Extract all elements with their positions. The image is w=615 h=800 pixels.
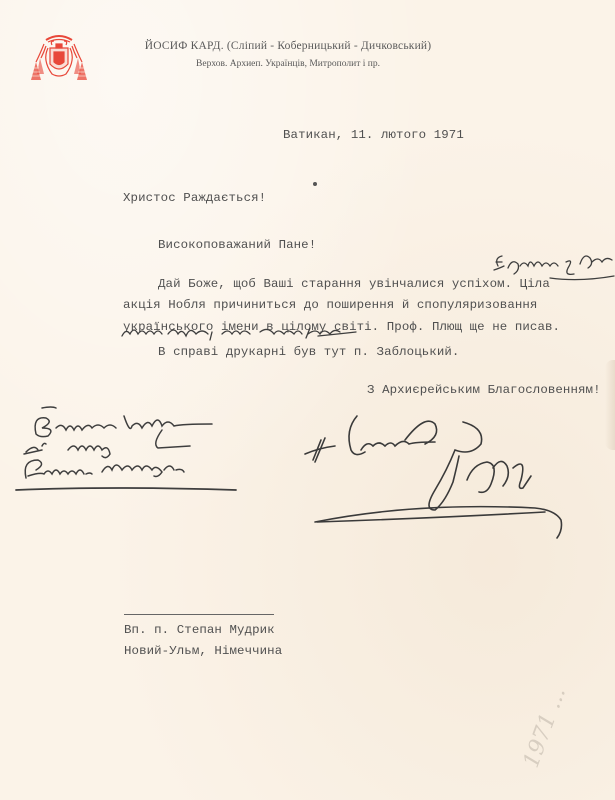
- body-line-1: Дай Боже, щоб Ваші старання увінчалися у…: [158, 277, 550, 291]
- letterhead: ЙОСИФ КАРД. (Сліпий - Коберницький - Дич…: [128, 40, 448, 69]
- body-line-4: В справі друкарні був тут п. Заблоцький.: [158, 345, 459, 359]
- place-date: Ватикан, 11. лютого 1971: [283, 128, 464, 142]
- signature-rule: [124, 614, 274, 615]
- salutation: Високоповажаний Пане!: [158, 238, 316, 252]
- ink-dot: [313, 182, 317, 186]
- left-handwritten-note: [12, 404, 252, 500]
- greeting: Христос Раждається!: [123, 191, 266, 205]
- body-line-3: українського імени в цілому світі. Проф.…: [123, 320, 560, 334]
- paper-edge-wear: [605, 360, 615, 450]
- letterhead-title: Верхов. Архиеп. Українців, Митрополит і …: [128, 59, 448, 69]
- recipient-name: Вп. п. Степан Мудрик: [124, 623, 275, 637]
- cardinal-coat-of-arms-icon: [28, 28, 90, 86]
- faint-pencil-note: 1971 ...: [519, 684, 571, 771]
- recipient-address: Новий-Ульм, Німеччина: [124, 644, 282, 658]
- letterhead-name: ЙОСИФ КАРД. (Сліпий - Коберницький - Дич…: [128, 40, 448, 52]
- body-line-2: акція Нобля причиниться до поширення й с…: [123, 298, 537, 312]
- signature: [295, 410, 615, 540]
- letter-paper: ЙОСИФ КАРД. (Сліпий - Коберницький - Дич…: [0, 0, 615, 800]
- closing: З Архиєрейським Благословенням!: [367, 383, 601, 397]
